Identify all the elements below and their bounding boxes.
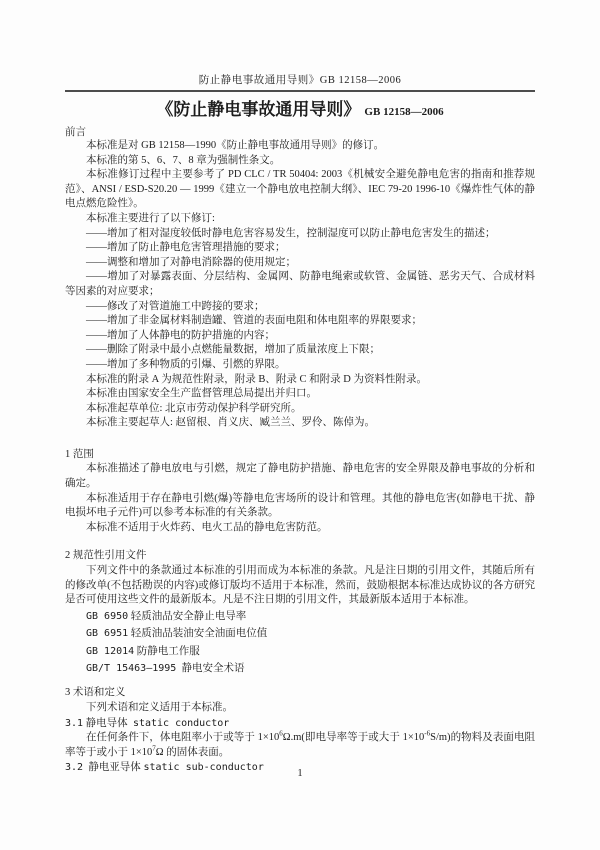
section-1-heading: 1 范围 [65, 448, 535, 463]
term-3-1-heading: 3.1 静电导体 static conductor [65, 716, 535, 732]
foreword-revision-item-3: ——调整和增加了对静电消除器的使用规定； [65, 256, 535, 271]
foreword-revision-item-4: ——增加了对暴露表面、分层结构、金属网、防静电绳索或软管、金属链、恶劣天气、合成… [65, 270, 535, 299]
foreword-issuing-body: 本标准由国家安全生产监督管理总局提出并归口。 [65, 387, 535, 402]
foreword-appendix-note: 本标准的附录 A 为规范性附录，附录 B、附录 C 和附录 D 为资料性附录。 [65, 373, 535, 388]
reference-item-3: GB 12014 防静电工作服 [65, 643, 535, 660]
foreword-heading: 前言 [65, 124, 535, 139]
term-name-zh: 静电导体 [86, 718, 128, 729]
page-number: 1 [0, 768, 600, 779]
foreword-revision-item-8: ——删除了附录中最小点燃能量数据，增加了质量浓度上下限； [65, 343, 535, 358]
standard-code: GB 12158—2006 [364, 106, 443, 118]
normative-refs-intro: 下列文件中的条款通过本标准的引用而成为本标准的条款。凡是注日期的引用文件，其随后… [65, 564, 535, 608]
foreword-revision-item-6: ——增加了非金属材料制造罐、管道的表面电阻和体电阻率的界限要求； [65, 314, 535, 329]
running-header: 防止静电事故通用导则》GB 12158—2006 [65, 72, 535, 90]
term-3-1-definition: 在任何条件下，体电阻率小于或等于 1×106Ω.m(即电导率等于或大于 1×10… [65, 731, 535, 760]
foreword-paragraph-4: 本标准主要进行了以下修订: [65, 212, 535, 227]
section-2-heading: 2 规范性引用文件 [65, 549, 535, 564]
foreword-revision-item-2: ——增加了防止静电危害管理措施的要求； [65, 241, 535, 256]
scope-paragraph-2: 本标准适用于存在静电引燃(爆)等静电危害场所的设计和管理。其他的静电危害(如静电… [65, 492, 535, 521]
term-number: 3.1 [65, 718, 83, 729]
scope-paragraph-3: 本标准不适用于火炸药、电火工品的静电危害防范。 [65, 521, 535, 536]
header-rule [65, 90, 535, 92]
definition-text: Ω.m(即电导率等于或大于 1×10 [283, 732, 425, 743]
reference-title: 轻质油品安全静止电导率 [131, 611, 247, 622]
foreword-revision-item-1: ——增加了相对湿度较低时静电危害容易发生，控制湿度可以防止静电危害发生的描述； [65, 227, 535, 242]
reference-title: 轻质油品装油安全油面电位值 [131, 628, 268, 639]
document-title-text: 《防止静电事故通用导则》 [156, 100, 360, 119]
foreword-revision-item-7: ——增加了人体静电的防护措施的内容； [65, 329, 535, 344]
scanned-standard-page: 防止静电事故通用导则》GB 12158—2006 《防止静电事故通用导则》GB … [0, 0, 600, 850]
reference-code: GB 12014 [86, 646, 134, 657]
foreword-paragraph-3: 本标准修订过程中主要参考了 PD CLC / TR 50404: 2003《机械… [65, 168, 535, 212]
foreword-paragraph-1: 本标准是对 GB 12158—1990《防止静电事故通用导则》的修订。 [65, 139, 535, 154]
scope-paragraph-1: 本标准描述了静电放电与引燃，规定了静电防护措施、静电危害的安全界限及静电事故的分… [65, 462, 535, 491]
foreword-revision-item-5: ——修改了对管道施工中跨接的要求； [65, 300, 535, 315]
foreword-revision-item-9: ——增加了多种物质的引爆、引燃的界限。 [65, 358, 535, 373]
definition-text: Ω 的固体表面。 [156, 747, 229, 758]
foreword-drafting-unit: 本标准起草单位: 北京市劳动保护科学研究所。 [65, 402, 535, 417]
reference-title: 防静电工作服 [137, 646, 200, 657]
reference-code: GB 6951 [86, 628, 128, 639]
reference-item-1: GB 6950 轻质油品安全静止电导率 [65, 608, 535, 625]
terms-intro: 下列术语和定义适用于本标准。 [65, 701, 535, 716]
reference-item-2: GB 6951 轻质油品装油安全油面电位值 [65, 625, 535, 642]
reference-item-4: GB/T 15463—1995 静电安全术语 [65, 660, 535, 677]
section-3-heading: 3 术语和定义 [65, 686, 535, 701]
reference-code: GB 6950 [86, 611, 128, 622]
foreword-paragraph-2: 本标准的第 5、6、7、8 章为强制性条文。 [65, 154, 535, 169]
reference-title: 静电安全术语 [182, 663, 245, 674]
foreword-drafters: 本标准主要起草人: 赵留根、肖义庆、臧兰兰、罗伶、陈倬为。 [65, 416, 535, 431]
document-title: 《防止静电事故通用导则》GB 12158—2006 [65, 95, 535, 120]
page-content: 防止静电事故通用导则》GB 12158—2006 《防止静电事故通用导则》GB … [65, 72, 535, 776]
definition-text: 在任何条件下，体电阻率小于或等于 1×10 [86, 732, 279, 743]
term-name-en: static conductor [133, 718, 229, 729]
reference-code: GB/T 15463—1995 [86, 663, 176, 674]
